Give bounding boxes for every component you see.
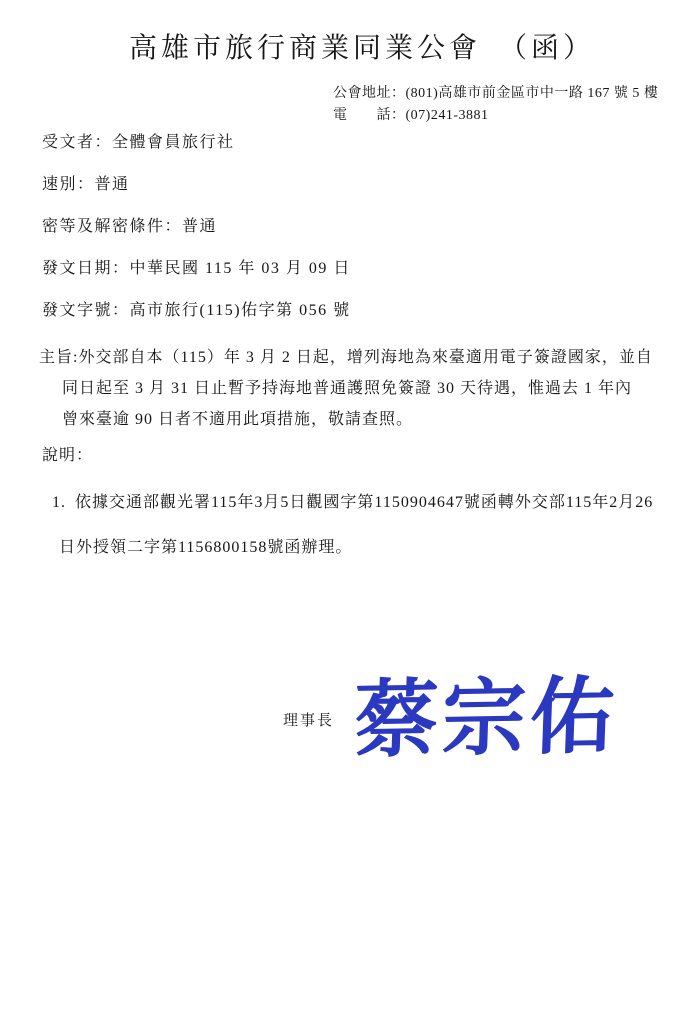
meta-line-date: 發文日期：中華民國 115 年 03 月 09 日	[42, 260, 696, 277]
meta-line-security: 密等及解密條件：普通	[42, 218, 696, 235]
signature-role: 理事長	[283, 709, 334, 730]
meta-line-recipient: 受文者：全體會員旅行社	[42, 134, 696, 151]
explanation-item: 1.依據交通部觀光署115年3月5日觀國字第1150904647號函轉外交部11…	[42, 480, 696, 570]
subject-line-1-text: 外交部自本（115）年 3 月 2 日起，增列海地為來臺適用電子簽證國家，並自	[78, 349, 652, 366]
explanation-item-line-1: 1.依據交通部觀光署115年3月5日觀國字第1150904647號函轉外交部11…	[42, 480, 696, 525]
explanation-heading: 說明：	[42, 447, 696, 465]
item-line-1-text: 依據交通部觀光署115年3月5日觀國字第1150904647號函轉外交部115年…	[75, 494, 653, 511]
association-phone: 電 話：(07)241-3881	[333, 105, 696, 127]
subject-section: 主旨:外交部自本（115）年 3 月 2 日起，增列海地為來臺適用電子簽證國家，…	[39, 342, 696, 435]
association-address: 公會地址：(801)高雄市前金區市中一路 167 號 5 樓	[333, 83, 696, 105]
signature-block: 理事長 蔡宗佑	[283, 662, 618, 777]
meta-line-speed: 速別：普通	[42, 176, 696, 193]
signature-name: 蔡宗佑	[352, 675, 619, 764]
subject-line-2: 同日起至 3 月 31 日止暫予持海地普通護照免簽證 30 天待遇，惟過去 1 …	[39, 373, 696, 404]
official-letter-page: 高雄市旅行商業同業公會 （函） 公會地址：(801)高雄市前金區市中一路 167…	[0, 0, 696, 1024]
meta-line-ref-number: 發文字號：高市旅行(115)佑字第 056 號	[42, 302, 696, 319]
subject-line-1: 主旨:外交部自本（115）年 3 月 2 日起，增列海地為來臺適用電子簽證國家，…	[39, 342, 696, 373]
subject-line-3: 曾來臺逾 90 日者不適用此項措施，敬請查照。	[39, 404, 696, 435]
explanation-item-line-2: 日外授領二字第1156800158號函辦理。	[42, 525, 696, 570]
letter-title: 高雄市旅行商業同業公會 （函）	[14, 0, 696, 66]
subject-label: 主旨:	[39, 349, 78, 366]
item-number: 1.	[52, 494, 66, 511]
contact-block: 公會地址：(801)高雄市前金區市中一路 167 號 5 樓 電 話：(07)2…	[333, 83, 696, 127]
explanation-section: 說明： 1.依據交通部觀光署115年3月5日觀國字第1150904647號函轉外…	[42, 447, 696, 570]
meta-section: 受文者：全體會員旅行社 速別：普通 密等及解密條件：普通 發文日期：中華民國 1…	[42, 134, 696, 319]
